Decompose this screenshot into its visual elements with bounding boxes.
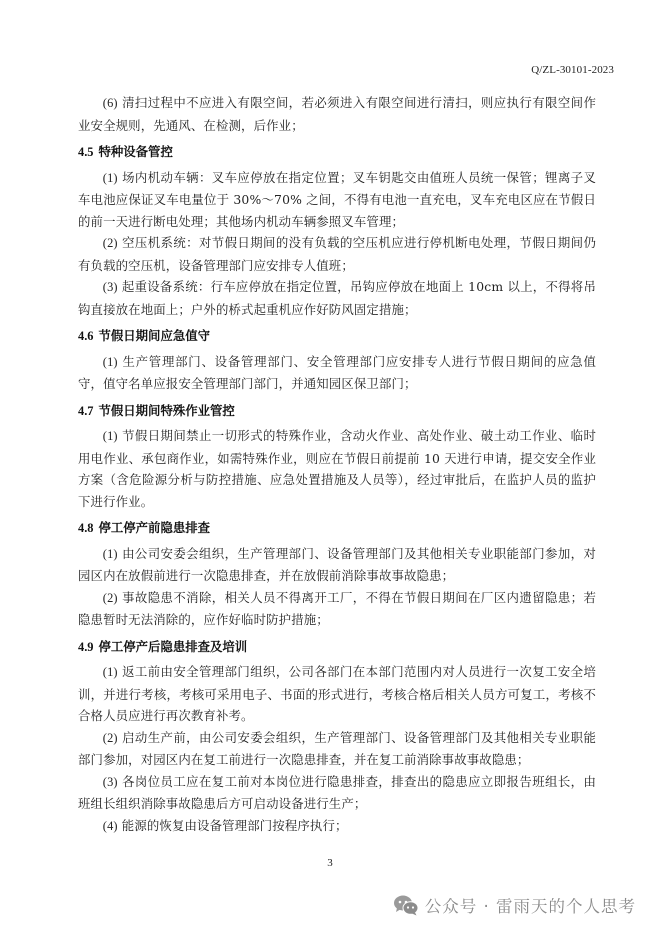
section-number: 4.9 <box>78 640 94 654</box>
section-heading: 4.8停工停产前隐患排查 <box>78 517 596 540</box>
item-number: (3) <box>103 280 118 294</box>
item-number: (1) <box>103 547 118 561</box>
list-item: (2) 事故隐患不消除，相关人员不得离开工厂，不得在节假日期间在厂区内遗留隐患；… <box>78 587 596 631</box>
section-4-6: 4.6节假日期间应急值守 (1) 生产管理部门、设备管理部门、安全管理部门应安排… <box>78 325 596 395</box>
item-number: (6) <box>103 96 118 110</box>
item-text: 空压机系统：对节假日期间的没有负载的空压机应进行停机断电处理，节假日期间仍有负载… <box>78 235 596 273</box>
watermark: 公众号 · 雷雨天的个人思考 <box>393 893 636 917</box>
section-4-8: 4.8停工停产前隐患排查 (1) 由公司安委会组织，生产管理部门、设备管理部门及… <box>78 517 596 631</box>
document-body: (6) 清扫过程中不应进入有限空间，若必须进入有限空间进行清扫，则应执行有限空间… <box>78 92 596 837</box>
section-title: 停工停产前隐患排查 <box>99 520 211 535</box>
item-text: 能源的恢复由设备管理部门按程序执行； <box>122 818 348 833</box>
item-text: 节假日期间禁止一切形式的特殊作业，含动火作业、高处作业、破土动工作业、临时用电作… <box>78 428 596 509</box>
item-number: (1) <box>103 429 118 443</box>
list-item: (3) 各岗位员工应在复工前对本岗位进行隐患排查，排查出的隐患应立即报告班组长，… <box>78 771 596 815</box>
item-number: (3) <box>103 775 118 789</box>
section-4-5: 4.5特种设备管控 (1) 场内机动车辆：叉车应停放在指定位置；叉车钥匙交由值班… <box>78 141 596 320</box>
item-number: (1) <box>103 171 118 185</box>
intro-block: (6) 清扫过程中不应进入有限空间，若必须进入有限空间进行清扫，则应执行有限空间… <box>78 92 596 136</box>
section-title: 节假日期间应急值守 <box>99 328 211 343</box>
item-number: (2) <box>103 591 118 605</box>
section-title: 特种设备管控 <box>99 144 173 159</box>
list-item: (1) 返工前由安全管理部门组织，公司各部门在本部门范围内对人员进行一次复工安全… <box>78 661 596 727</box>
section-title: 停工停产后隐患排查及培训 <box>99 639 248 654</box>
item-text: 场内机动车辆：叉车应停放在指定位置；叉车钥匙交由值班人员统一保管；锂离子叉车电池… <box>78 170 596 229</box>
item-text: 返工前由安全管理部门组织，公司各部门在本部门范围内对人员进行一次复工安全培训，并… <box>78 664 596 723</box>
section-heading: 4.5特种设备管控 <box>78 141 596 164</box>
section-heading: 4.9停工停产后隐患排查及培训 <box>78 636 596 659</box>
item-text: 清扫过程中不应进入有限空间，若必须进入有限空间进行清扫，则应执行有限空间作业安全… <box>78 95 596 133</box>
item-text: 事故隐患不消除，相关人员不得离开工厂，不得在节假日期间在厂区内遗留隐患；若隐患暂… <box>78 590 596 628</box>
item-text: 起重设备系统：行车应停放在指定位置，吊钩应停放在地面上 10cm 以上，不得将吊… <box>78 279 596 317</box>
document-code: Q/ZL-30101-2023 <box>531 64 614 76</box>
wechat-icon <box>393 894 419 916</box>
list-item: (1) 生产管理部门、设备管理部门、安全管理部门应安排专人进行节假日期间的应急值… <box>78 351 596 395</box>
list-item: (6) 清扫过程中不应进入有限空间，若必须进入有限空间进行清扫，则应执行有限空间… <box>78 92 596 136</box>
section-heading: 4.7节假日期间特殊作业管控 <box>78 400 596 423</box>
list-item: (3) 起重设备系统：行车应停放在指定位置，吊钩应停放在地面上 10cm 以上，… <box>78 276 596 320</box>
list-item: (4) 能源的恢复由设备管理部门按程序执行； <box>78 815 596 838</box>
item-text: 生产管理部门、设备管理部门、安全管理部门应安排专人进行节假日期间的应急值守，值守… <box>78 354 596 392</box>
item-text: 由公司安委会组织，生产管理部门、设备管理部门及其他相关专业职能部门参加，对园区内… <box>78 546 596 584</box>
item-number: (4) <box>103 819 118 833</box>
item-number: (1) <box>103 355 118 369</box>
section-4-9: 4.9停工停产后隐患排查及培训 (1) 返工前由安全管理部门组织，公司各部门在本… <box>78 636 596 838</box>
watermark-text: 公众号 · 雷雨天的个人思考 <box>425 893 636 917</box>
item-text: 启动生产前，由公司安委会组织，生产管理部门、设备管理部门及其他相关专业职能部门参… <box>78 730 596 768</box>
item-number: (1) <box>103 665 118 679</box>
section-number: 4.6 <box>78 329 94 343</box>
section-number: 4.7 <box>78 404 94 418</box>
list-item: (2) 空压机系统：对节假日期间的没有负载的空压机应进行停机断电处理，节假日期间… <box>78 232 596 276</box>
section-title: 节假日期间特殊作业管控 <box>99 403 235 418</box>
item-number: (2) <box>103 731 118 745</box>
page-number: 3 <box>0 857 660 869</box>
list-item: (1) 场内机动车辆：叉车应停放在指定位置；叉车钥匙交由值班人员统一保管；锂离子… <box>78 167 596 233</box>
list-item: (1) 由公司安委会组织，生产管理部门、设备管理部门及其他相关专业职能部门参加，… <box>78 543 596 587</box>
section-4-7: 4.7节假日期间特殊作业管控 (1) 节假日期间禁止一切形式的特殊作业，含动火作… <box>78 400 596 513</box>
section-number: 4.5 <box>78 145 94 159</box>
section-number: 4.8 <box>78 521 94 535</box>
list-item: (1) 节假日期间禁止一切形式的特殊作业，含动火作业、高处作业、破土动工作业、临… <box>78 425 596 512</box>
section-heading: 4.6节假日期间应急值守 <box>78 325 596 348</box>
item-number: (2) <box>103 236 118 250</box>
list-item: (2) 启动生产前，由公司安委会组织，生产管理部门、设备管理部门及其他相关专业职… <box>78 727 596 771</box>
item-text: 各岗位员工应在复工前对本岗位进行隐患排查，排查出的隐患应立即报告班组长，由班组长… <box>78 774 596 812</box>
